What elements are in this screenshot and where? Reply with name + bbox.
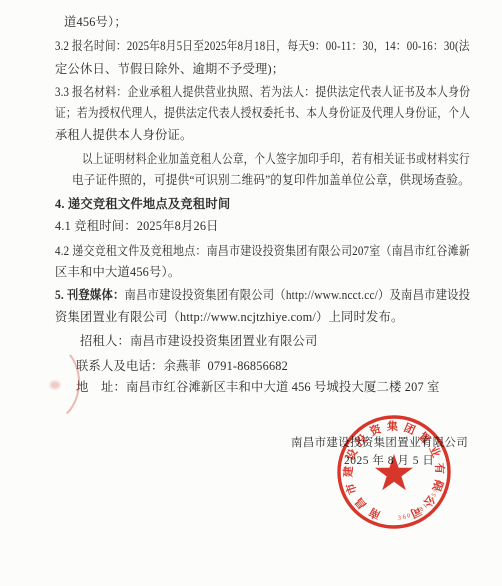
faint-stamp-smudge <box>50 381 60 389</box>
line-stamp-note-1: 以上证明材料企业加盖竞租人公章，个人签字加印手印，若有相关证书或材料实行 <box>82 152 502 167</box>
line-lessor: 招租人：南昌市建设投资集团置业有限公司 <box>80 334 317 349</box>
line-contact-phone: 联系人及电话：余燕菲 0791-86856682 <box>76 359 288 374</box>
seal-star-icon <box>375 454 413 490</box>
line-3-2-continuation: 定公休日、节假日除外、逾期不予受理)； <box>55 62 284 77</box>
heading-section-5-label: 5. 刊登媒体： <box>55 288 125 302</box>
line-4-1-bid-time: 4.1 竞租时间：2025年8月26日 <box>55 219 219 234</box>
line-3-3-continuation-1: 证；若为授权代理人，提供法定代表人授权委托书、本人身份证及代理人身份证，个人 <box>55 106 502 121</box>
line-3-3-continuation-2: 承租人提供本人身份证。 <box>55 128 192 143</box>
line-5-media-text: 南昌市建设投资集团有限公司（http://www.ncct.cc/）及南昌市建设… <box>125 288 471 302</box>
faint-stamp-arc <box>10 340 82 425</box>
line-stamp-note-2: 电子证件照的，可提供“可识别二维码”的复印件加盖单位公章，供现场查验。 <box>72 173 496 188</box>
line-address: 地 址：南昌市红谷滩新区丰和中大道 456 号城投大厦二楼 207 室 <box>76 380 440 395</box>
line-5-media: 5. 刊登媒体：南昌市建设投资集团有限公司（http://www.ncct.cc… <box>55 288 502 303</box>
line-5-continuation: 资集团置业有限公司（http://www.ncjtzhiye.com/）上同时发… <box>55 310 403 325</box>
document-page: 道456号）； 3.2 报名时间：2025年8月5日至2025年8月18日，每天… <box>0 0 502 586</box>
line-4-2-continuation: 区丰和中大道456号）。 <box>55 265 180 280</box>
line-address-continuation: 道456号）； <box>64 15 127 30</box>
line-3-2-registration-time: 3.2 报名时间：2025年8月5日至2025年8月18日，每天9：00-11：… <box>55 39 502 54</box>
company-seal-stamp: 南昌市建设投资集团置业有限公司 3601081165780 <box>330 408 458 536</box>
line-3-3-materials: 3.3 报名材料：企业承租人提供营业执照、若为法人：提供法定代表人证书及本人身份 <box>55 85 502 100</box>
line-4-2-bid-location: 4.2 递交竞租文件及竞租地点：南昌市建设投资集团有限公司207室（南昌市红谷滩… <box>55 244 502 259</box>
heading-section-4: 4. 递交竞租文件地点及竞租时间 <box>55 197 230 212</box>
